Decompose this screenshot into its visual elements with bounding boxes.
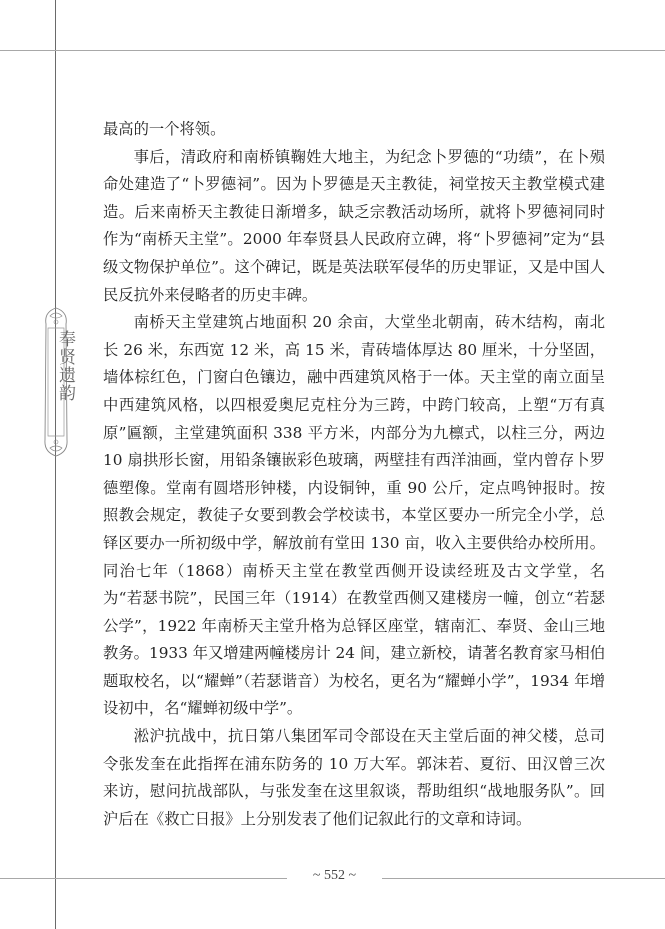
header-rule xyxy=(0,50,665,51)
body-text: 最高的一个将领。 事后，清政府和南桥镇鞠姓大地主，为纪念卜罗德的“功绩”，在卜殒… xyxy=(103,116,605,833)
paragraph-1: 最高的一个将领。 xyxy=(103,116,605,144)
page-number: ~ 552 ~ xyxy=(287,868,382,884)
paragraph-4: 淞沪抗战中，抗日第八集团军司令部设在天主堂后面的神父楼，总司令张发奎在此指挥在浦… xyxy=(103,723,605,833)
footer-rule-left xyxy=(0,878,287,879)
side-tab-ornament: 奉贤遗韵 xyxy=(36,302,76,462)
side-tab-label: 奉贤遗韵 xyxy=(36,330,76,402)
ornament-stem-top xyxy=(55,286,56,302)
footer-rule-right xyxy=(382,878,665,879)
paragraph-2: 事后，清政府和南桥镇鞠姓大地主，为纪念卜罗德的“功绩”，在卜殒命处建造了“卜罗德… xyxy=(103,144,605,310)
paragraph-3: 南桥天主堂建筑占地面积 20 余亩，大堂坐北朝南，砖木结构，南北长 26 米，东… xyxy=(103,309,605,723)
ornament-stem-bottom xyxy=(55,462,56,478)
